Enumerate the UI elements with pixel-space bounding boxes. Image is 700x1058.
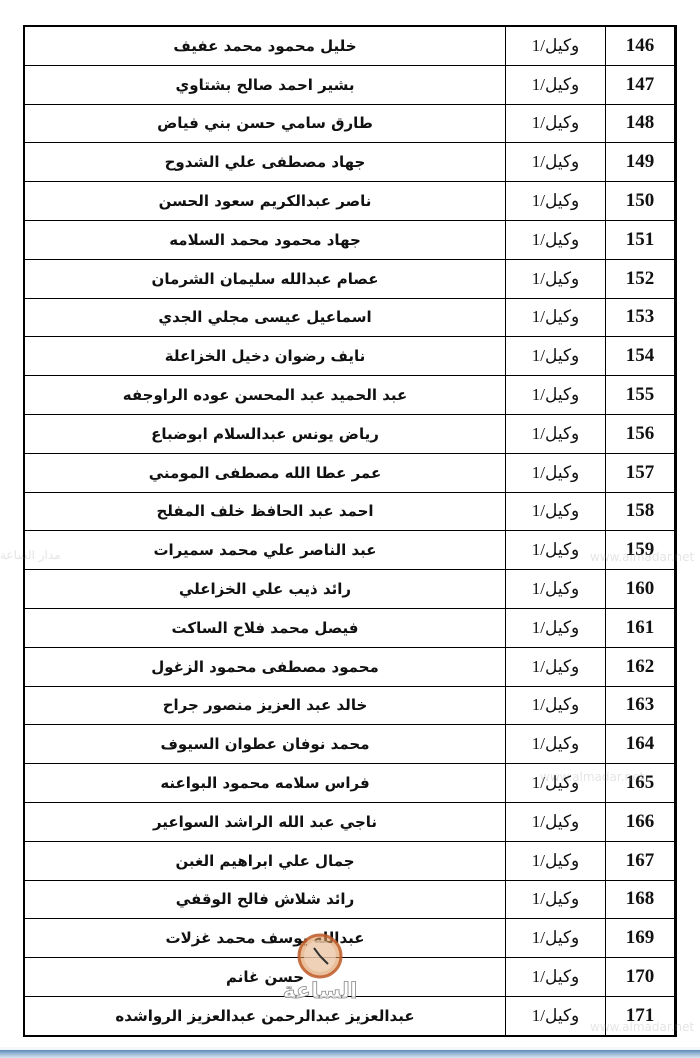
row-name: جمال علي ابراهيم الغبن: [25, 841, 506, 880]
row-rank: وكيل/1: [506, 608, 606, 647]
row-number: 169: [606, 919, 675, 958]
rank-text: وكيل/1: [532, 1006, 580, 1025]
row-rank: وكيل/1: [506, 453, 606, 492]
row-number: 162: [606, 647, 675, 686]
table-row: 163وكيل/1خالد عبد العزيز منصور جراح: [25, 686, 674, 725]
table-row: 165وكيل/1فراس سلامه محمود البواعنه: [25, 764, 674, 803]
table-row: 167وكيل/1جمال علي ابراهيم الغبن: [25, 841, 674, 880]
row-number: 160: [606, 570, 675, 609]
table-row: 169وكيل/1عبدالله يوسف محمد غزلات: [25, 919, 674, 958]
row-number: 171: [606, 996, 675, 1034]
row-rank: وكيل/1: [506, 414, 606, 453]
row-number: 146: [606, 27, 675, 65]
row-rank: وكيل/1: [506, 686, 606, 725]
row-name: ناجي عبد الله الراشد السواعير: [25, 802, 506, 841]
row-name: رياض يونس عبدالسلام ابوضباع: [25, 414, 506, 453]
row-rank: وكيل/1: [506, 298, 606, 337]
row-name: جهاد محمود محمد السلامه: [25, 220, 506, 259]
row-number: 166: [606, 802, 675, 841]
row-number: 163: [606, 686, 675, 725]
row-name: عبدالله يوسف محمد غزلات: [25, 919, 506, 958]
rank-text: وكيل/1: [532, 152, 580, 171]
row-number: 150: [606, 182, 675, 221]
row-name: فيصل محمد فلاح الساكت: [25, 608, 506, 647]
row-rank: وكيل/1: [506, 958, 606, 997]
rank-text: وكيل/1: [532, 36, 580, 55]
table-row: 161وكيل/1فيصل محمد فلاح الساكت: [25, 608, 674, 647]
row-name: رائد شلاش فالح الوقفي: [25, 880, 506, 919]
row-name: خالد عبد العزيز منصور جراح: [25, 686, 506, 725]
row-number: 167: [606, 841, 675, 880]
row-rank: وكيل/1: [506, 764, 606, 803]
rank-text: وكيل/1: [532, 463, 580, 482]
row-rank: وكيل/1: [506, 570, 606, 609]
footer-bar: [0, 1047, 700, 1058]
rank-text: وكيل/1: [532, 385, 580, 404]
table-row: 155وكيل/1عبد الحميد عبد المحسن عوده الرا…: [25, 376, 674, 415]
row-name: عمر عطا الله مصطفى المومني: [25, 453, 506, 492]
rank-text: وكيل/1: [532, 75, 580, 94]
row-name: جهاد مصطفى علي الشدوح: [25, 143, 506, 182]
table-row: 146وكيل/1خليل محمود محمد عفيف: [25, 27, 674, 65]
rank-text: وكيل/1: [532, 191, 580, 210]
row-name: عبدالعزيز عبدالرحمن عبدالعزيز الرواشده: [25, 996, 506, 1034]
table-row: 168وكيل/1رائد شلاش فالح الوقفي: [25, 880, 674, 919]
row-name: محمود مصطفى محمود الزغول: [25, 647, 506, 686]
rank-text: وكيل/1: [532, 501, 580, 520]
row-name: طارق سامي حسن بني فياض: [25, 104, 506, 143]
table-row: 151وكيل/1جهاد محمود محمد السلامه: [25, 220, 674, 259]
row-number: 154: [606, 337, 675, 376]
row-number: 157: [606, 453, 675, 492]
row-rank: وكيل/1: [506, 802, 606, 841]
row-rank: وكيل/1: [506, 841, 606, 880]
row-number: 158: [606, 492, 675, 531]
rank-text: وكيل/1: [532, 307, 580, 326]
row-number: 164: [606, 725, 675, 764]
rank-text: وكيل/1: [532, 928, 580, 947]
rank-text: وكيل/1: [532, 579, 580, 598]
rank-text: وكيل/1: [532, 113, 580, 132]
table-row: 150وكيل/1ناصر عبدالكريم سعود الحسن: [25, 182, 674, 221]
row-number: 147: [606, 65, 675, 104]
row-rank: وكيل/1: [506, 647, 606, 686]
row-rank: وكيل/1: [506, 143, 606, 182]
table-row: 162وكيل/1محمود مصطفى محمود الزغول: [25, 647, 674, 686]
row-name: احمد عبد الحافظ خلف المفلح: [25, 492, 506, 531]
table-row: 154وكيل/1نايف رضوان دخيل الخزاعلة: [25, 337, 674, 376]
rank-text: وكيل/1: [532, 657, 580, 676]
table-row: 157وكيل/1عمر عطا الله مصطفى المومني: [25, 453, 674, 492]
row-name: ناصر عبدالكريم سعود الحسن: [25, 182, 506, 221]
row-rank: وكيل/1: [506, 104, 606, 143]
rank-text: وكيل/1: [532, 269, 580, 288]
rank-text: وكيل/1: [532, 967, 580, 986]
row-rank: وكيل/1: [506, 337, 606, 376]
row-rank: وكيل/1: [506, 919, 606, 958]
row-name: عصام عبدالله سليمان الشرمان: [25, 259, 506, 298]
row-name: اسماعيل عيسى مجلي الجدي: [25, 298, 506, 337]
names-table-grid: 146وكيل/1خليل محمود محمد عفيف147وكيل/1بش…: [25, 27, 674, 1035]
table-row: 147وكيل/1بشير احمد صالح بشتاوي: [25, 65, 674, 104]
rank-text: وكيل/1: [532, 424, 580, 443]
table-row: 148وكيل/1طارق سامي حسن بني فياض: [25, 104, 674, 143]
table-row: 170وكيل/1حسن غانم: [25, 958, 674, 997]
row-name: خليل محمود محمد عفيف: [25, 27, 506, 65]
row-number: 170: [606, 958, 675, 997]
row-rank: وكيل/1: [506, 65, 606, 104]
table-row: 159وكيل/1عبد الناصر علي محمد سميرات: [25, 531, 674, 570]
table-row: 152وكيل/1عصام عبدالله سليمان الشرمان: [25, 259, 674, 298]
row-rank: وكيل/1: [506, 182, 606, 221]
table-row: 160وكيل/1رائد ذيب علي الخزاعلي: [25, 570, 674, 609]
row-rank: وكيل/1: [506, 725, 606, 764]
table-row: 166وكيل/1ناجي عبد الله الراشد السواعير: [25, 802, 674, 841]
table-row: 158وكيل/1احمد عبد الحافظ خلف المفلح: [25, 492, 674, 531]
table-row: 164وكيل/1محمد نوفان عطوان السيوف: [25, 725, 674, 764]
row-number: 153: [606, 298, 675, 337]
row-rank: وكيل/1: [506, 996, 606, 1034]
row-number: 151: [606, 220, 675, 259]
row-rank: وكيل/1: [506, 259, 606, 298]
names-table: 146وكيل/1خليل محمود محمد عفيف147وكيل/1بش…: [23, 25, 677, 1037]
row-number: 161: [606, 608, 675, 647]
row-rank: وكيل/1: [506, 880, 606, 919]
row-number: 152: [606, 259, 675, 298]
row-rank: وكيل/1: [506, 27, 606, 65]
row-rank: وكيل/1: [506, 376, 606, 415]
row-rank: وكيل/1: [506, 492, 606, 531]
rank-text: وكيل/1: [532, 540, 580, 559]
row-number: 156: [606, 414, 675, 453]
row-name: بشير احمد صالح بشتاوي: [25, 65, 506, 104]
rank-text: وكيل/1: [532, 889, 580, 908]
row-number: 148: [606, 104, 675, 143]
table-row: 153وكيل/1اسماعيل عيسى مجلي الجدي: [25, 298, 674, 337]
table-row: 156وكيل/1رياض يونس عبدالسلام ابوضباع: [25, 414, 674, 453]
rank-text: وكيل/1: [532, 812, 580, 831]
table-row: 149وكيل/1جهاد مصطفى علي الشدوح: [25, 143, 674, 182]
rank-text: وكيل/1: [532, 230, 580, 249]
rank-text: وكيل/1: [532, 695, 580, 714]
rank-text: وكيل/1: [532, 346, 580, 365]
row-number: 165: [606, 764, 675, 803]
row-name: فراس سلامه محمود البواعنه: [25, 764, 506, 803]
row-name: عبد الناصر علي محمد سميرات: [25, 531, 506, 570]
rank-text: وكيل/1: [532, 773, 580, 792]
row-number: 149: [606, 143, 675, 182]
table-row: 171وكيل/1عبدالعزيز عبدالرحمن عبدالعزيز ا…: [25, 996, 674, 1034]
row-name: عبد الحميد عبد المحسن عوده الراوجفه: [25, 376, 506, 415]
row-number: 159: [606, 531, 675, 570]
row-name: نايف رضوان دخيل الخزاعلة: [25, 337, 506, 376]
row-name: محمد نوفان عطوان السيوف: [25, 725, 506, 764]
row-rank: وكيل/1: [506, 220, 606, 259]
row-number: 155: [606, 376, 675, 415]
row-name: حسن غانم: [25, 958, 506, 997]
row-rank: وكيل/1: [506, 531, 606, 570]
row-number: 168: [606, 880, 675, 919]
rank-text: وكيل/1: [532, 734, 580, 753]
rank-text: وكيل/1: [532, 851, 580, 870]
row-name: رائد ذيب علي الخزاعلي: [25, 570, 506, 609]
rank-text: وكيل/1: [532, 618, 580, 637]
